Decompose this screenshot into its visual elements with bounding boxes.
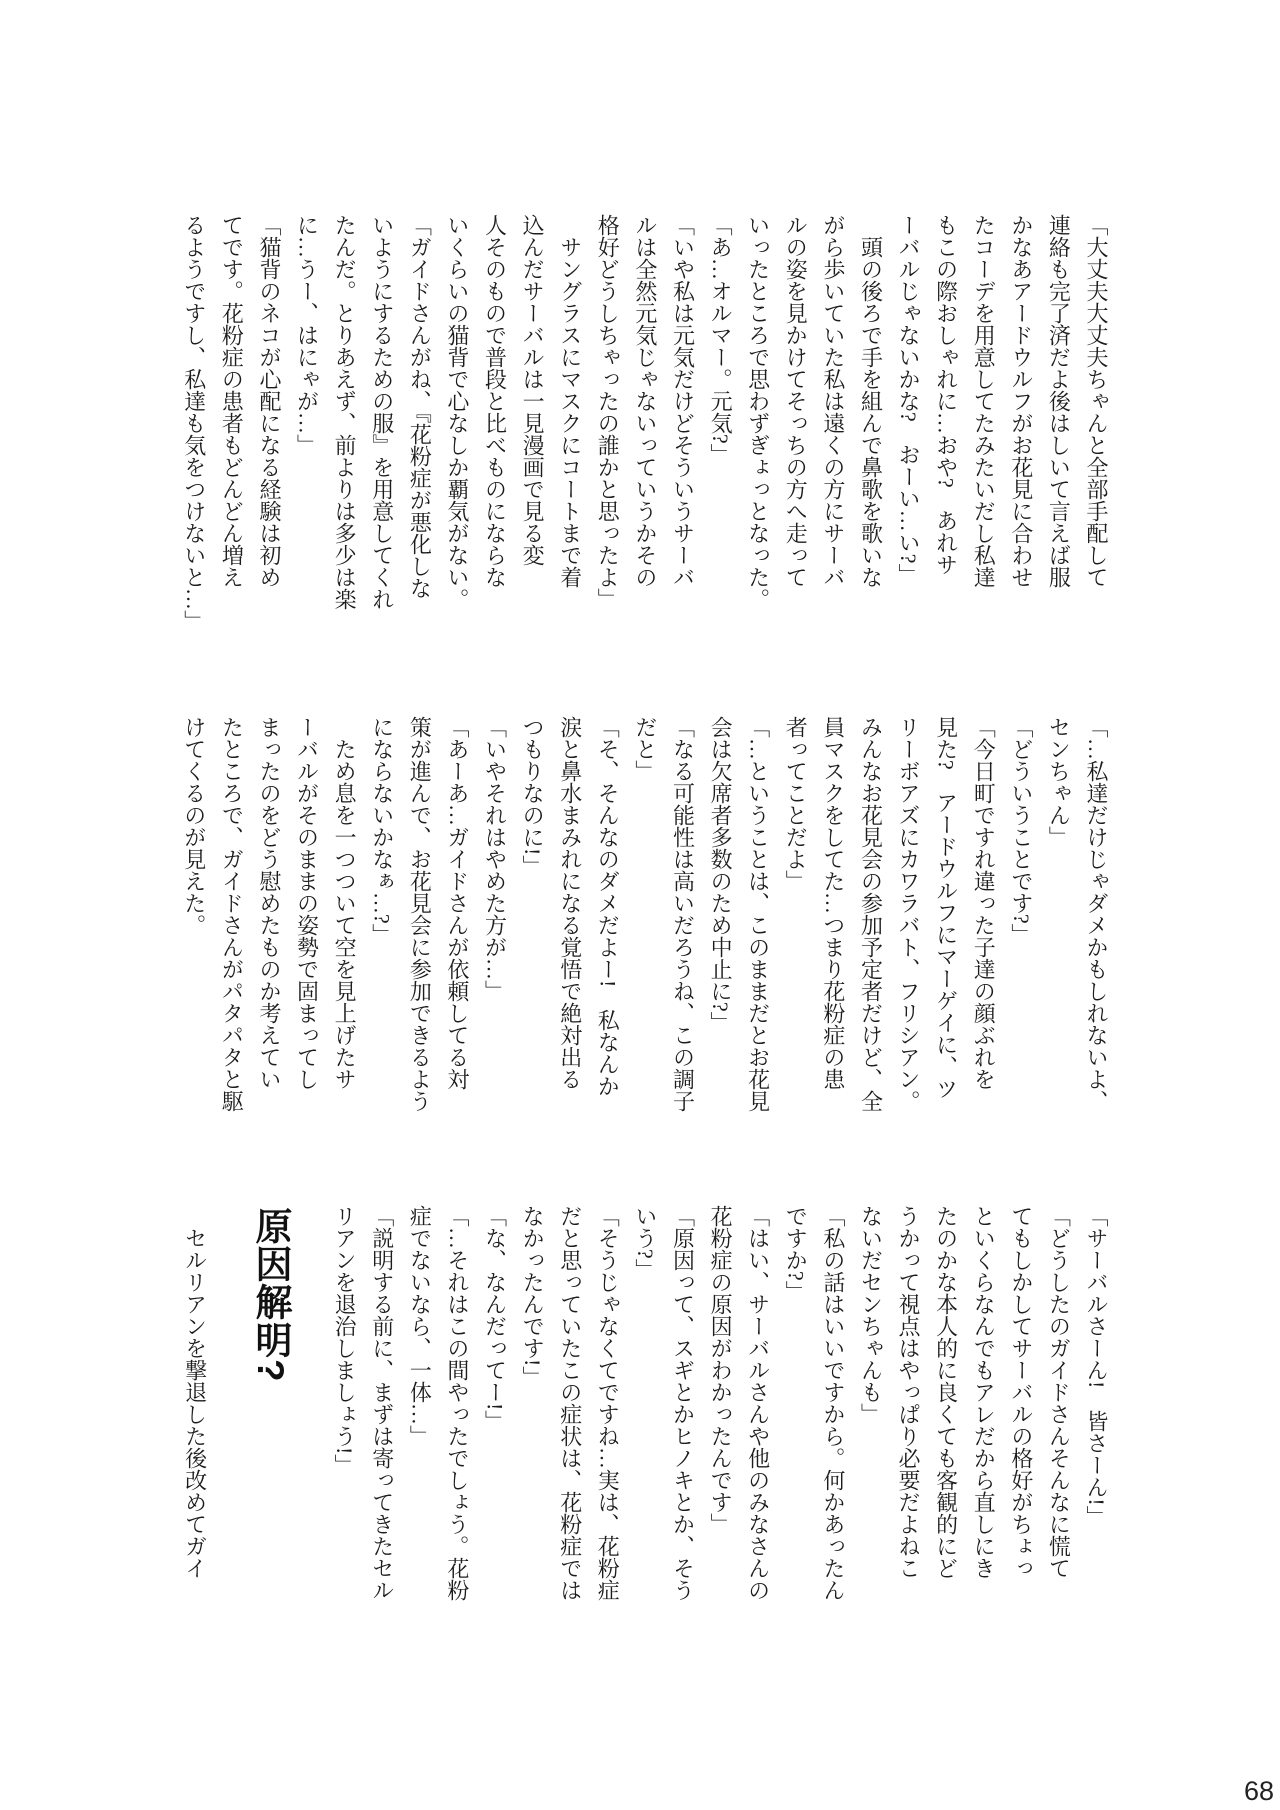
- text-column: ーバルがそのままの姿勢で固まってし: [288, 716, 326, 1120]
- text-column: がら歩いていた私は遠くの方にサーバ: [814, 214, 852, 618]
- text-column: たのかな本人的に良くても客観的にど: [927, 1205, 965, 1609]
- text-column: 「いやそれはやめた方が…」: [476, 716, 514, 1120]
- text-block-bottom: 「サーバルさーん! 皆さーん!」「どうしたのガイドさんそんなに慌ててもしかしてサ…: [326, 1205, 1115, 1609]
- text-column: まったのをどう慰めたものか考えてい: [250, 716, 288, 1120]
- page-number: 68: [1244, 1776, 1274, 1807]
- text-column: てもしかしてサーバルの格好がちょっ: [1002, 1205, 1040, 1609]
- text-column: つもりなのに!」: [514, 716, 552, 1120]
- text-column: リアンを退治しましょう!」: [326, 1205, 364, 1609]
- text-column: といくらなんでもアレだから直しにき: [965, 1205, 1003, 1609]
- text-column: 「なる可能性は高いだろうね、この調子: [664, 716, 702, 1120]
- text-column: 花粉症の原因がわかったんです」: [701, 1205, 739, 1609]
- text-column: 「あ…オルマー。元気?」: [701, 214, 739, 618]
- text-column: 「どうしたのガイドさんそんなに慌て: [1040, 1205, 1078, 1609]
- text-column: に…うー、はにゃが…」: [288, 214, 326, 618]
- text-column: 者ってことだよ」: [777, 716, 815, 1120]
- text-column: にならないかなぁ…?」: [363, 716, 401, 1120]
- text-column: 「はい、サーバルさんや他のみなさんの: [739, 1205, 777, 1609]
- text-column: けてくるのが見えた。: [175, 716, 213, 1120]
- section-heading: 原因解明?: [243, 1207, 297, 1383]
- text-column: 「そうじゃなくてですね…実は、花粉症: [589, 1205, 627, 1609]
- text-column: 「…それはこの間やったでしょう。花粉: [438, 1205, 476, 1609]
- text-column: 「原因って、スギとかヒノキとか、そう: [664, 1205, 702, 1609]
- text-column: ため息を一つついて空を見上げたサ: [326, 716, 364, 1120]
- text-column: センちゃん」: [1040, 716, 1078, 1120]
- text-column: 「あーあ…ガイドさんが依頼してる対: [438, 716, 476, 1120]
- text-column: 策が進んで、お花見会に参加できるよう: [401, 716, 439, 1120]
- text-column: 「今日町ですれ違った子達の顔ぶれを: [965, 716, 1003, 1120]
- text-block-middle: 「…私達だけじゃダメかもしれないよ、センちゃん」「どういうことです?」「今日町で…: [175, 716, 1115, 1120]
- text-column: リーボアズにカワラバト、フリシアン。: [889, 716, 927, 1120]
- text-column: 「説明する前に、まずは寄ってきたセル: [363, 1205, 401, 1609]
- text-column: るようですし、私達も気をつけないと…」: [175, 214, 213, 618]
- text-column: だと」: [626, 716, 664, 1120]
- text-column: いったところで思わずぎょっとなった。: [739, 214, 777, 618]
- text-column: いようにするための服』を用意してくれ: [363, 214, 401, 618]
- text-column: 「いや私は元気だけどそういうサーバ: [664, 214, 702, 618]
- text-column: 連絡も完了済だよ後はしいて言えば服: [1040, 214, 1078, 618]
- text-column: 見た? アードウルフにマーゲイに、ツ: [927, 716, 965, 1120]
- text-column: たコーデを用意してたみたいだし私達: [965, 214, 1003, 618]
- text-column: ーバルじゃないかな? おーい…い?」: [889, 214, 927, 618]
- closing-paragraph: セルリアンを撃退した後改めてガイ: [176, 1205, 214, 1609]
- text-column: ないだセンちゃんも」: [852, 1205, 890, 1609]
- text-column: 頭の後ろで手を組んで鼻歌を歌いな: [852, 214, 890, 618]
- text-column: 涙と鼻水まみれになる覚悟で絶対出る: [551, 716, 589, 1120]
- text-column: ですか?」: [777, 1205, 815, 1609]
- text-column: てです。花粉症の患者もどんどん増え: [213, 214, 251, 618]
- text-column: たんだ。とりあえず、前よりは多少は楽: [326, 214, 364, 618]
- text-column: 格好どうしちゃったの誰かと思ったよ」: [589, 214, 627, 618]
- text-column: もこの際おしゃれに…おや? あれサ: [927, 214, 965, 618]
- text-column: サングラスにマスクにコートまで着: [551, 214, 589, 618]
- text-column: うかって視点はやっぱり必要だよねこ: [889, 1205, 927, 1609]
- text-column: いくらいの猫背で心なしか覇気がない。: [438, 214, 476, 618]
- text-column: たところで、ガイドさんがパタパタと駆: [213, 716, 251, 1120]
- text-column: 会は欠席者多数のため中止に?」: [701, 716, 739, 1120]
- text-column: なかったんです!」: [514, 1205, 552, 1609]
- text-column: 員マスクをしてた…つまり花粉症の患: [814, 716, 852, 1120]
- text-column: セルリアンを撃退した後改めてガイ: [176, 1205, 214, 1609]
- text-column: 「大丈夫大丈夫ちゃんと全部手配して: [1077, 214, 1115, 618]
- text-column: 「…ということは、このままだとお花見: [739, 716, 777, 1120]
- text-column: 「な、なんだってー!」: [476, 1205, 514, 1609]
- text-block-top: 「大丈夫大丈夫ちゃんと全部手配して連絡も完了済だよ後はしいて言えば服かなあアード…: [175, 214, 1115, 618]
- text-column: 「そ、そんなのダメだよー! 私なんか: [589, 716, 627, 1120]
- text-column: 「ガイドさんがね、『花粉症が悪化しな: [401, 214, 439, 618]
- text-column: みんなお花見会の参加予定者だけど、全: [852, 716, 890, 1120]
- text-column: 人そのもので普段と比べものにならな: [476, 214, 514, 618]
- text-column: 「サーバルさーん! 皆さーん!」: [1077, 1205, 1115, 1609]
- text-column: 「…私達だけじゃダメかもしれないよ、: [1077, 716, 1115, 1120]
- text-column: かなあアードウルフがお花見に合わせ: [1002, 214, 1040, 618]
- text-column: いう?」: [626, 1205, 664, 1609]
- text-column: ルは全然元気じゃないっていうかその: [626, 214, 664, 618]
- text-column: 「私の話はいいですから。何かあったん: [814, 1205, 852, 1609]
- text-column: ルの姿を見かけてそっちの方へ走って: [777, 214, 815, 618]
- text-column: 「猫背のネコが心配になる経験は初め: [250, 214, 288, 618]
- text-column: 込んだサーバルは一見漫画で見る変: [514, 214, 552, 618]
- text-column: 症でないなら、一体…」: [401, 1205, 439, 1609]
- text-column: だと思っていたこの症状は、花粉症では: [551, 1205, 589, 1609]
- text-column: 「どういうことです?」: [1002, 716, 1040, 1120]
